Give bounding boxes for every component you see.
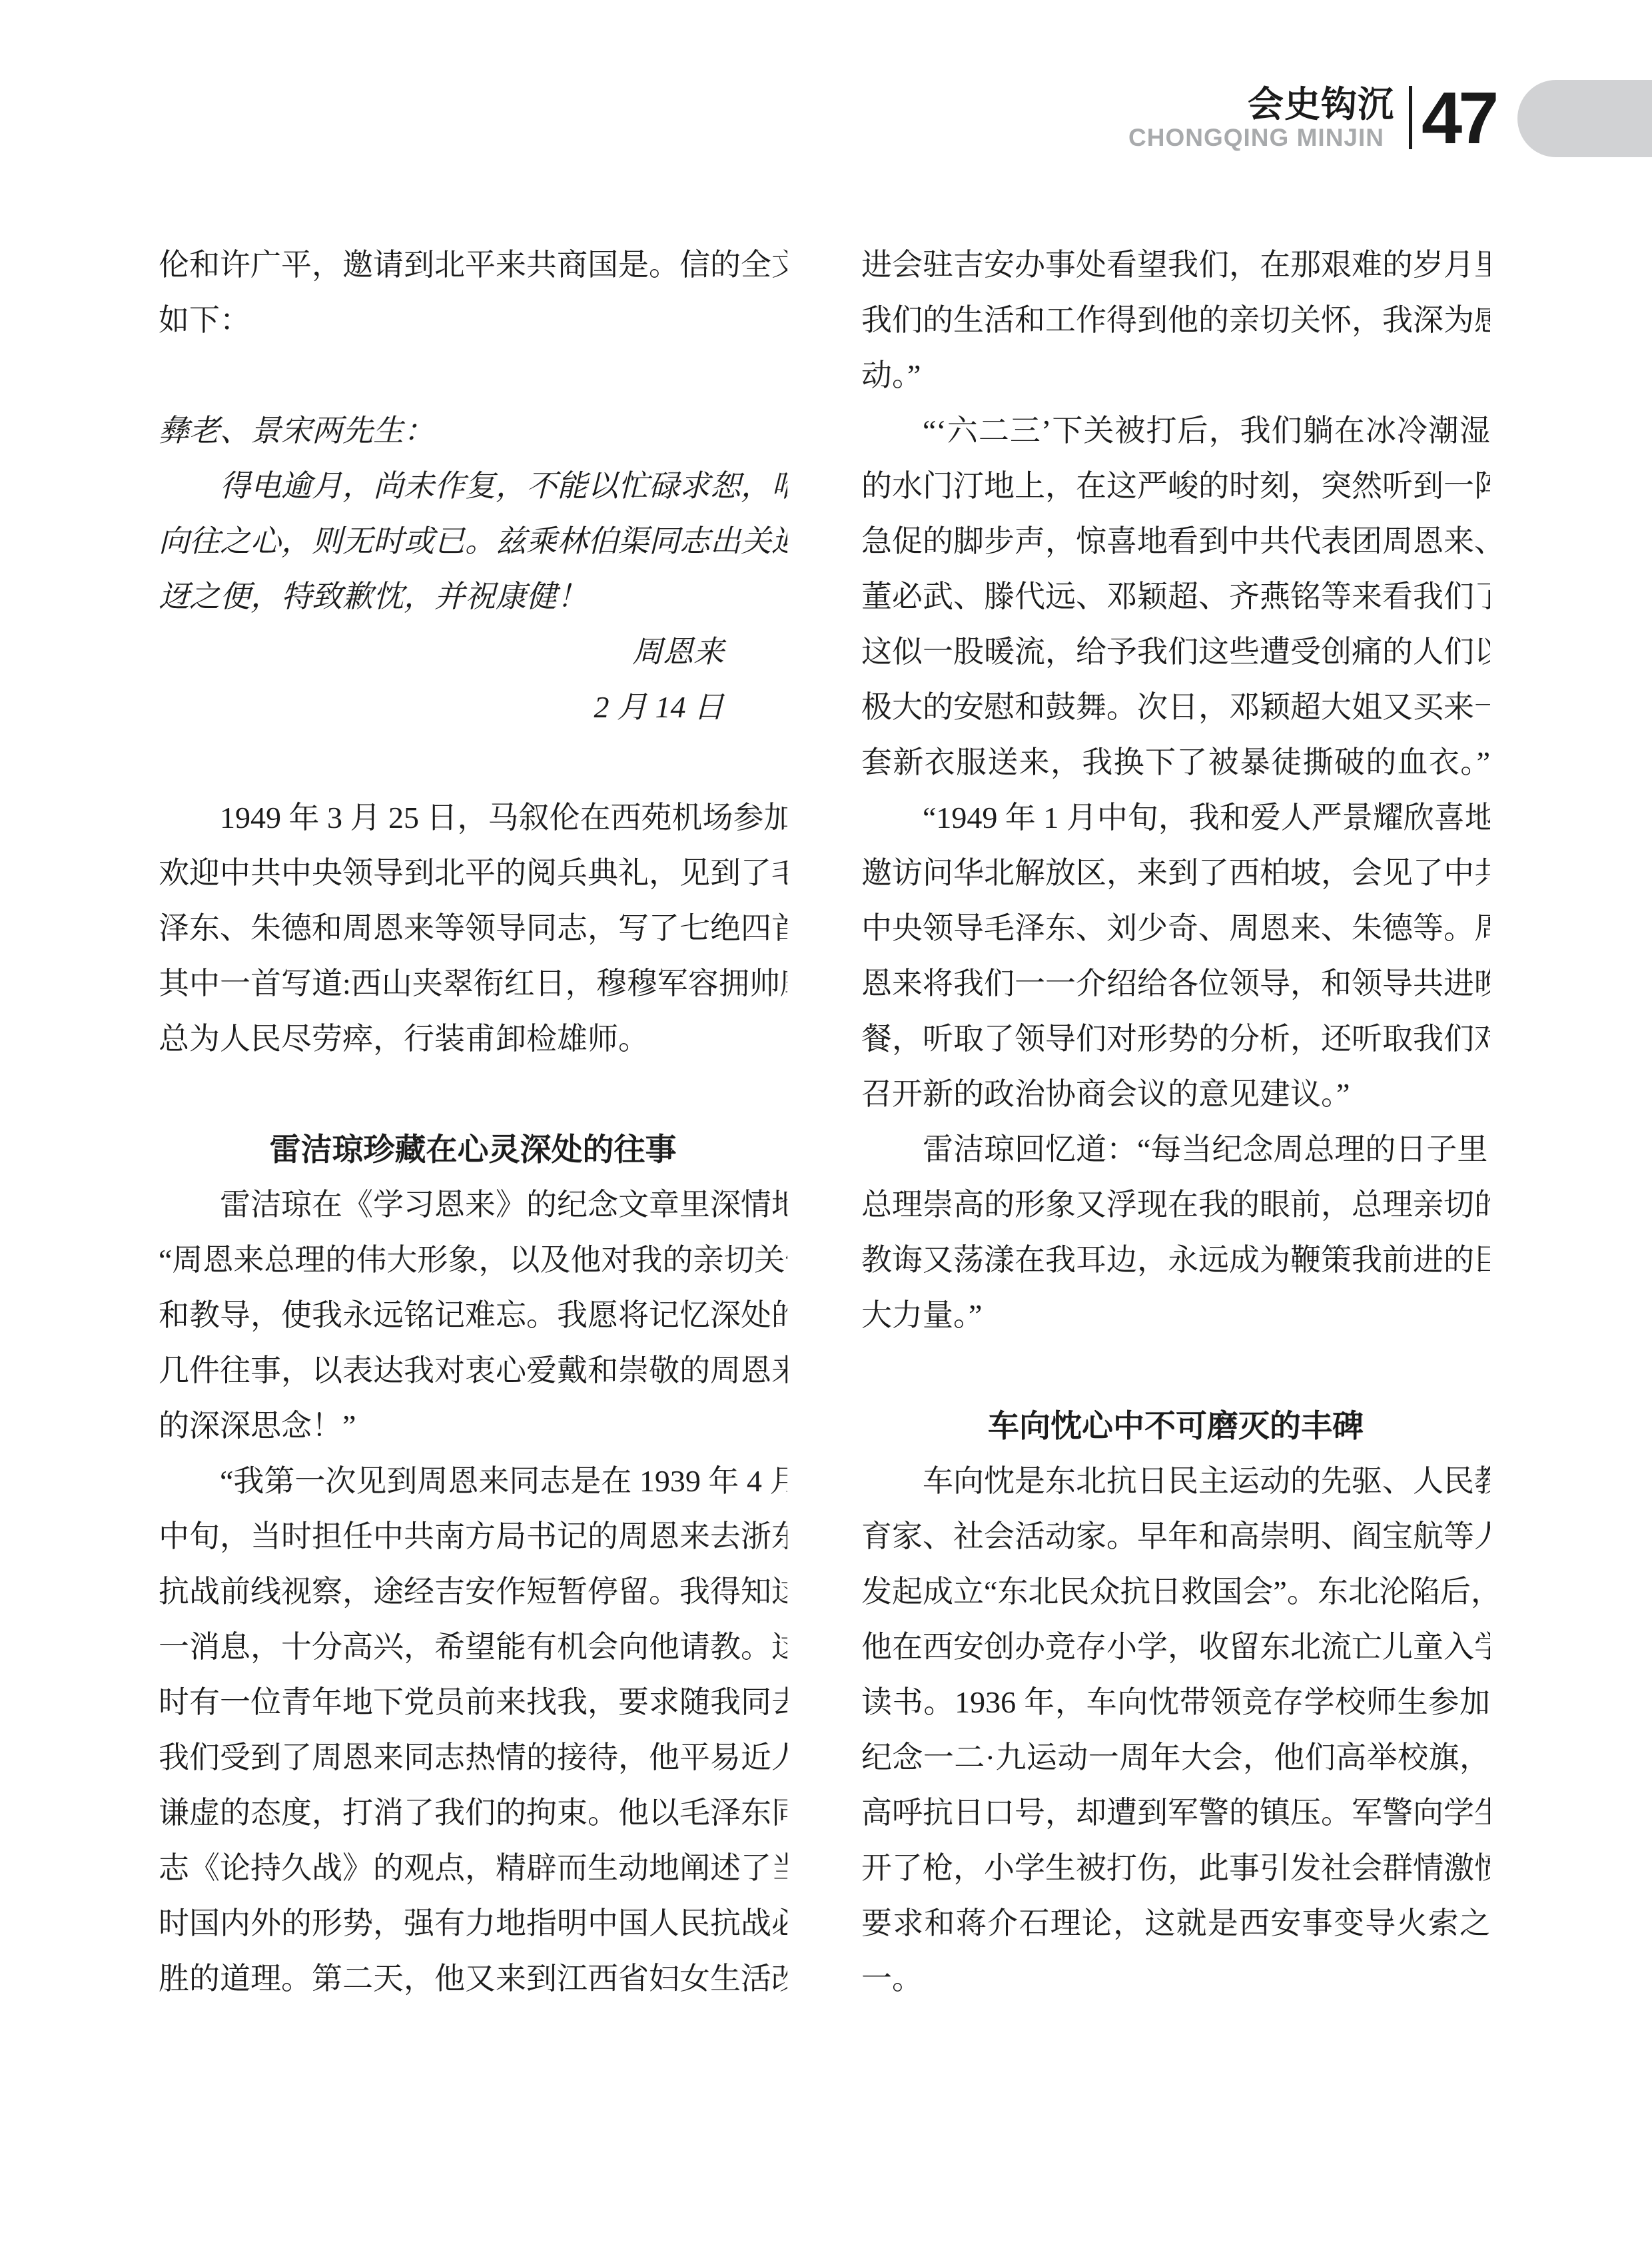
- magazine-page: 会史钩沉 CHONGQING MINJIN 47 伦和许广平，邀请到北平来共商国…: [0, 0, 1652, 2242]
- text-line: 高呼抗日口号，却遭到军警的镇压。军警向学生: [861, 1785, 1490, 1840]
- text-line: 雷洁琼在《学习恩来》的纪念文章里深情地说：: [159, 1177, 787, 1232]
- text-line: 教诲又荡漾在我耳边，永远成为鞭策我前进的巨: [861, 1232, 1490, 1288]
- text-line: 我们的生活和工作得到他的亲切关怀，我深为感: [861, 292, 1490, 348]
- text-line: 一消息，十分高兴，希望能有机会向他请教。这: [159, 1619, 787, 1675]
- text-line: 餐，听取了领导们对形势的分析，还听取我们对: [861, 1011, 1490, 1066]
- text-line: 的水门汀地上，在这严峻的时刻，突然听到一阵: [861, 458, 1490, 514]
- text-line: 要求和蒋介石理论，这就是西安事变导火索之: [861, 1896, 1490, 1951]
- letter-line: 迓之便，特致歉忱，并祝康健！: [159, 569, 787, 624]
- blank-line: [159, 1066, 787, 1122]
- text-line: 中旬，当时担任中共南方局书记的周恩来去浙东: [159, 1509, 787, 1564]
- text-line: 董必武、滕代远、邓颖超、齐燕铭等来看我们了，: [861, 569, 1490, 624]
- corner-tab-shape: [1517, 80, 1652, 157]
- header-divider: [1409, 86, 1412, 149]
- blank-line: [861, 1343, 1490, 1398]
- text-line: 恩来将我们一一介绍给各位领导，和领导共进晚: [861, 956, 1490, 1011]
- blank-line: [159, 735, 787, 790]
- letter-signature: 周恩来: [159, 624, 787, 679]
- text-line: 1949 年 3 月 25 日，马叙伦在西苑机场参加: [159, 790, 787, 845]
- article-body: 伦和许广平，邀请到北平来共商国是。信的全文如下：彝老、景宋两先生：得电逾月，尚未…: [159, 237, 1490, 2006]
- text-line: 中央领导毛泽东、刘少奇、周恩来、朱德等。周: [861, 901, 1490, 956]
- text-line: 谦虚的态度，打消了我们的拘束。他以毛泽东同: [159, 1785, 787, 1840]
- text-line: 泽东、朱德和周恩来等领导同志，写了七绝四首，: [159, 901, 787, 956]
- text-line: 邀访问华北解放区，来到了西柏坡，会见了中共: [861, 845, 1490, 901]
- text-line: 胜的道理。第二天，他又来到江西省妇女生活改: [159, 1951, 787, 2006]
- text-line: 车向忱是东北抗日民主运动的先驱、人民教: [861, 1453, 1490, 1509]
- text-line: 我们受到了周恩来同志热情的接待，他平易近人、: [159, 1730, 787, 1785]
- text-line: 志《论持久战》的观点，精辟而生动地阐述了当: [159, 1840, 787, 1896]
- text-line: 抗战前线视察，途经吉安作短暂停留。我得知这: [159, 1564, 787, 1619]
- section-heading: 车向忱心中不可磨灭的丰碑: [861, 1398, 1490, 1453]
- text-line: “我第一次见到周恩来同志是在 1939 年 4 月: [159, 1453, 787, 1509]
- text-line: 纪念一二·九运动一周年大会，他们高举校旗，: [861, 1730, 1490, 1785]
- text-line: 急促的脚步声，惊喜地看到中共代表团周恩来、: [861, 514, 1490, 569]
- text-line: 动。”: [861, 348, 1490, 403]
- text-line: 一。: [861, 1951, 1490, 2006]
- blank-line: [159, 348, 787, 403]
- text-line: 育家、社会活动家。早年和高崇明、阎宝航等人: [861, 1509, 1490, 1564]
- article-right-column: 进会驻吉安办事处看望我们，在那艰难的岁月里，我们的生活和工作得到他的亲切关怀，我…: [861, 237, 1490, 2006]
- text-line: 几件往事，以表达我对衷心爱戴和崇敬的周恩来: [159, 1343, 787, 1398]
- text-line: 其中一首写道:西山夹翠衔红日，穆穆军容拥帅麾。: [159, 956, 787, 1011]
- text-line: 欢迎中共中央领导到北平的阅兵典礼，见到了毛: [159, 845, 787, 901]
- text-line: 和教导，使我永远铭记难忘。我愿将记忆深处的: [159, 1288, 787, 1343]
- journal-name: CHONGQING MINJIN: [1128, 125, 1384, 150]
- letter-line: 得电逾月，尚未作复，不能以忙碌求恕，唯: [159, 458, 787, 514]
- article-left-column: 伦和许广平，邀请到北平来共商国是。信的全文如下：彝老、景宋两先生：得电逾月，尚未…: [159, 237, 787, 2006]
- text-line: 时有一位青年地下党员前来找我，要求随我同去。: [159, 1675, 787, 1730]
- section-title: 会史钩沉: [1248, 85, 1394, 124]
- text-line: 这似一股暖流，给予我们这些遭受创痛的人们以: [861, 624, 1490, 679]
- text-line: 召开新的政治协商会议的意见建议。”: [861, 1066, 1490, 1122]
- text-line: 雷洁琼回忆道：“每当纪念周总理的日子里，: [861, 1122, 1490, 1177]
- text-line: “周恩来总理的伟大形象，以及他对我的亲切关怀: [159, 1232, 787, 1288]
- text-line: 套新衣服送来，我换下了被暴徒撕破的血衣。”: [861, 735, 1490, 790]
- page-number: 47: [1422, 87, 1495, 151]
- text-line: 极大的安慰和鼓舞。次日，邓颖超大姐又买来一: [861, 679, 1490, 735]
- text-line: “‘六二三’下关被打后，我们躺在冰冷潮湿: [861, 403, 1490, 458]
- text-line: 时国内外的形势，强有力地指明中国人民抗战必: [159, 1896, 787, 1951]
- text-line: 读书。1936 年，车向忱带领竞存学校师生参加: [861, 1675, 1490, 1730]
- text-line: 的深深思念！”: [159, 1398, 787, 1453]
- text-line: 开了枪，小学生被打伤，此事引发社会群情激愤，: [861, 1840, 1490, 1896]
- text-line: 伦和许广平，邀请到北平来共商国是。信的全文: [159, 237, 787, 292]
- text-line: 他在西安创办竞存小学，收留东北流亡儿童入学: [861, 1619, 1490, 1675]
- letter-line: 向往之心，则无时或已。兹乘林伯渠同志出关迎: [159, 514, 787, 569]
- text-line: 总为人民尽劳瘁，行装甫卸检雄师。: [159, 1011, 787, 1066]
- text-line: 大力量。”: [861, 1288, 1490, 1343]
- text-line: 进会驻吉安办事处看望我们，在那艰难的岁月里，: [861, 237, 1490, 292]
- text-line: 总理崇高的形象又浮现在我的眼前，总理亲切的: [861, 1177, 1490, 1232]
- text-line: 如下：: [159, 292, 787, 348]
- text-line: 发起成立“东北民众抗日救国会”。东北沦陷后，: [861, 1564, 1490, 1619]
- text-line: “1949 年 1 月中旬，我和爱人严景耀欣喜地应: [861, 790, 1490, 845]
- letter-signature: 2 月 14 日: [159, 679, 787, 735]
- section-heading: 雷洁琼珍藏在心灵深处的往事: [159, 1122, 787, 1177]
- letter-line: 彝老、景宋两先生：: [159, 403, 787, 458]
